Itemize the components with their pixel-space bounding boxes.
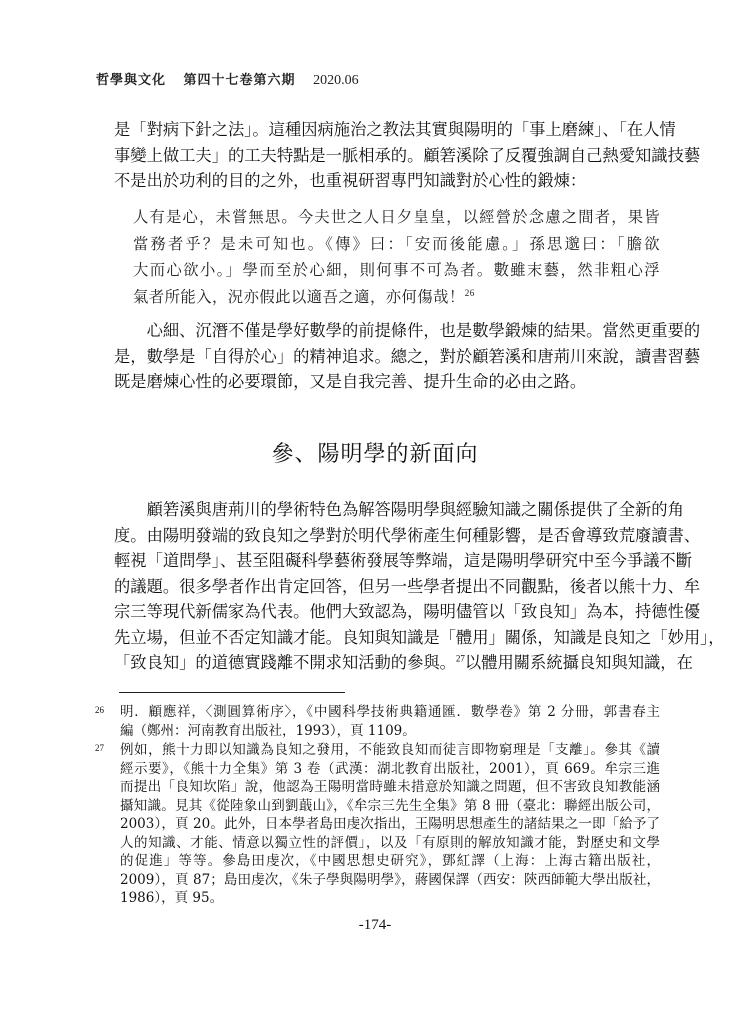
- page-number: -174-: [0, 917, 750, 934]
- quote-line: 氣者所能入，況亦假此以適吾之適，亦何傷哉！26: [133, 284, 660, 311]
- footnote-26: 26 明．顧應祥，〈測圓算術序〉，《中國科學技術典籍通匯．數學卷》第 2 分冊，…: [95, 703, 660, 740]
- quote-text: 氣者所能入，況亦假此以適吾之適，亦何傷哉！: [133, 288, 465, 306]
- text-line: 事變上做工夫」的工夫特點是一脈相承的。顧箬溪除了反覆強調自己熱愛知識技藝: [114, 143, 660, 169]
- running-head: 哲學與文化 第四十七卷第六期 2020.06: [96, 69, 371, 89]
- footnote-line: 例如，熊十力即以知識為良知之發用，不能致良知而徒言即物窮理是「支離」。參其《讀: [120, 741, 660, 760]
- text-segment: 以體用關系統攝良知與知識，在: [465, 653, 693, 672]
- volume-issue: 第四十七卷第六期: [184, 73, 296, 88]
- footnote-line: 經示要》，《熊十力全集》第 3 卷（武漢：湖北教育出版社，2001），頁 669…: [120, 760, 660, 779]
- footnote-line: 1986），頁 95。: [120, 889, 660, 908]
- footnote-line: 編（鄭州：河南教育出版社，1993），頁 1109。: [120, 722, 660, 741]
- footnote-number: 26: [95, 701, 104, 720]
- journal-title: 哲學與文化: [96, 73, 166, 88]
- text-line: 的議題。很多學者作出肯定回答，但另一些學者提出不同觀點，後者以熊十力、牟: [114, 574, 660, 600]
- text-line: 輕視「道問學」、甚至阻礙科學藝術發展等弊端，這是陽明學研究中至今爭議不斷: [114, 548, 660, 574]
- text-line: 先立場，但並不否定知識才能。良知與知識是「體用」關係，知識是良知之「妙用」，: [114, 625, 660, 651]
- text-segment: 「致良知」的道德實踐離不開求知活動的參與。: [114, 653, 456, 672]
- body-paragraph-3: 顧箬溪與唐荊川的學術特色為解答陽明學與經驗知識之關係提供了全新的角 度。由陽明發…: [114, 497, 660, 676]
- footnote-separator: [119, 692, 345, 693]
- text-line: 顧箬溪與唐荊川的學術特色為解答陽明學與經驗知識之關係提供了全新的角: [114, 497, 660, 523]
- text-line: 是「對病下針之法」。這種因病施治之教法其實與陽明的「事上磨練」、「在人情: [114, 117, 660, 143]
- quote-line: 人有是心，未嘗無思。今夫世之人日夕皇皇，以經營於念慮之間者，果皆: [133, 204, 660, 231]
- body-paragraph-1: 是「對病下針之法」。這種因病施治之教法其實與陽明的「事上磨練」、「在人情 事變上…: [114, 117, 660, 194]
- footnote-line: 攝知識。見其《從陸象山到劉蕺山》，《牟宗三先生全集》第 8 冊（臺北：聯經出版公…: [120, 797, 660, 816]
- quote-line: 當務者乎？是未可知也。《傳》曰：「安而後能慮。」孫思邈曰：「膽欲: [133, 231, 660, 258]
- text-line: 是，數學是「自得於心」的精神追求。總之，對於顧箬溪和唐荊川來說，讀書習藝: [114, 344, 660, 370]
- text-line: 「致良知」的道德實踐離不開求知活動的參與。27以體用關系統攝良知與知識，在: [114, 650, 660, 676]
- footnote-line: 2009），頁 87；島田虔次，《朱子學與陽明學》，蔣國保譯（西安：陝西師範大學…: [120, 871, 660, 890]
- quote-line: 大而心欲小。」學而至於心細，則何事不可為者。數雖末藝，然非粗心浮: [133, 257, 660, 284]
- text-line: 心細、沉潛不僅是學好數學的前提條件，也是數學鍛煉的結果。當然更重要的: [114, 318, 660, 344]
- footnote-27: 27 例如，熊十力即以知識為良知之發用，不能致良知而徒言即物窮理是「支離」。參其…: [95, 741, 660, 908]
- block-quote: 人有是心，未嘗無思。今夫世之人日夕皇皇，以經營於念慮之間者，果皆 當務者乎？是未…: [133, 204, 660, 310]
- body-paragraph-2: 心細、沉潛不僅是學好數學的前提條件，也是數學鍛煉的結果。當然更重要的 是，數學是…: [114, 318, 660, 395]
- footnote-number: 27: [95, 739, 104, 758]
- footnote-line: 而提出「良知坎陷」說，他認為王陽明當時雖未措意於知識之問題，但不害致良知教能涵: [120, 778, 660, 797]
- footnote-line: 明．顧應祥，〈測圓算術序〉，《中國科學技術典籍通匯．數學卷》第 2 分冊，郭書春…: [120, 703, 660, 722]
- text-line: 既是磨煉心性的必要環節，又是自我完善、提升生命的必由之路。: [114, 369, 660, 395]
- footnote-line: 人的知識、才能、情意以獨立性的評價」，以及「有原則的解放知識才能，對歷史和文學: [120, 834, 660, 853]
- text-line: 度。由陽明發端的致良知之學對於明代學術產生何種影響，是否會導致荒廢讀書、: [114, 523, 660, 549]
- footnote-ref-27[interactable]: 27: [456, 654, 465, 664]
- footnote-ref-26[interactable]: 26: [465, 287, 475, 297]
- footnote-line: 2003），頁 20。此外，日本學者島田虔次指出，王陽明思想產生的諸結果之一即「…: [120, 815, 660, 834]
- issue-date: 2020.06: [313, 73, 359, 88]
- section-heading: 參、陽明學的新面向: [0, 437, 750, 468]
- text-line: 宗三等現代新儒家為代表。他們大致認為，陽明儘管以「致良知」為本，持德性優: [114, 599, 660, 625]
- footnote-line: 的促進」等等。參島田虔次，《中國思想史研究》，鄧紅譯（上海：上海古籍出版社，: [120, 852, 660, 871]
- text-line: 不是出於功利的目的之外，也重視研習專門知識對於心性的鍛煉：: [114, 168, 660, 194]
